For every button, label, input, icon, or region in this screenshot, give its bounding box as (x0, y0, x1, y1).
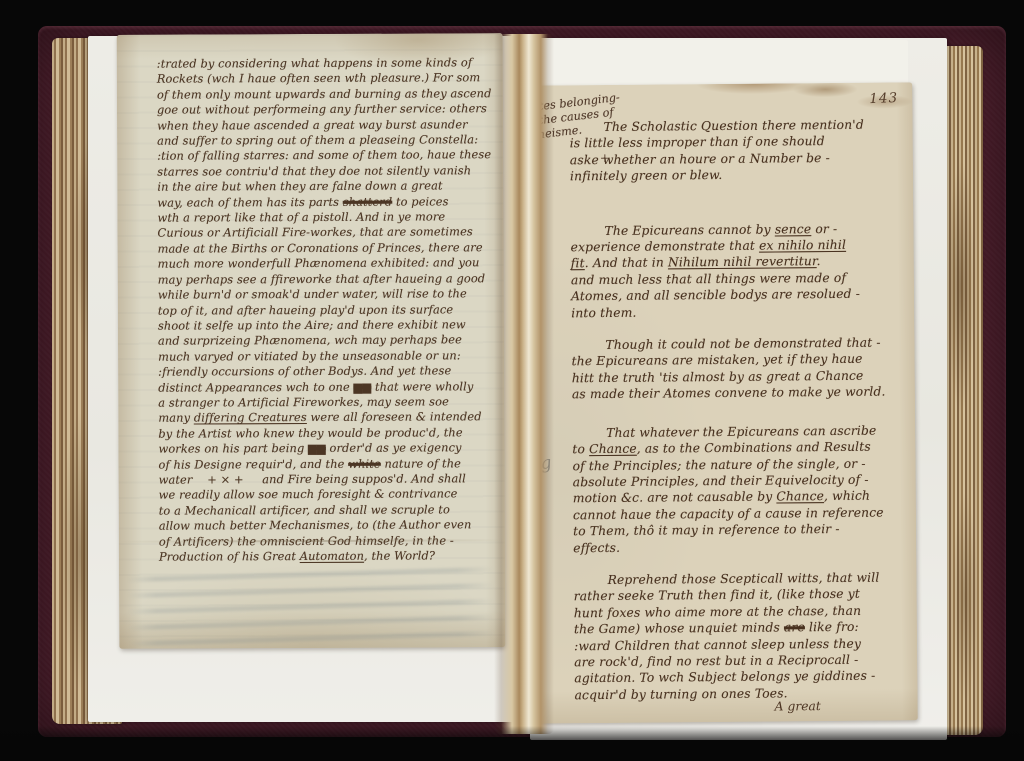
page-number: 143 (869, 90, 898, 107)
paragraph: The Epicureans cannot by sence or -exper… (570, 220, 876, 321)
paragraph: The Scholastic Question there mention'di… (570, 117, 876, 185)
photo-open-manuscript-book: :trated by considering what happens in s… (0, 0, 1024, 761)
paragraph: Reprehend those Scepticall witts, that w… (573, 570, 879, 704)
right-page-edges (943, 46, 983, 735)
showthrough-text (126, 563, 496, 654)
photo-vignette (0, 726, 1024, 761)
left-page-text: :trated by considering what happens in s… (157, 55, 507, 565)
left-manuscript-page: :trated by considering what happens in s… (117, 33, 506, 649)
catchword: A great (775, 699, 821, 713)
right-manuscript-page: 143 Notes belonging-to the causes ofAthe… (517, 82, 918, 723)
paragraph: Though it could not be demonstrated that… (571, 335, 877, 403)
right-page-text: The Scholastic Question there mention'di… (570, 117, 880, 704)
paragraph: That whatever the Epicureans can ascribe… (572, 422, 878, 556)
book-gutter (494, 34, 554, 734)
